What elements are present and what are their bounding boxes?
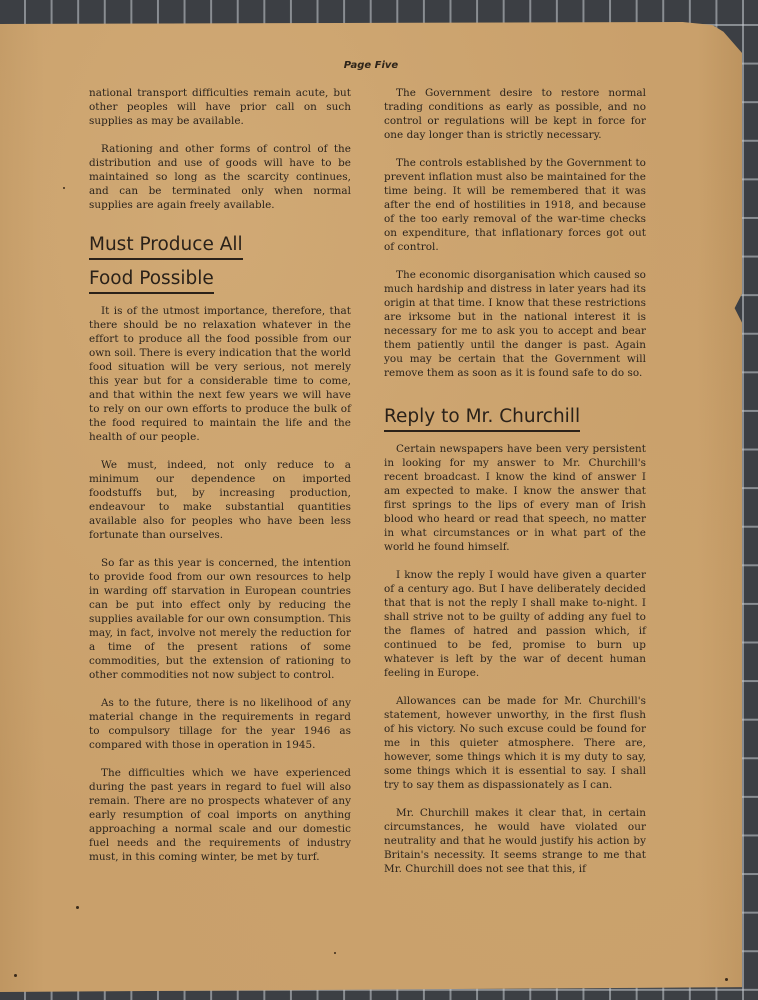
paragraph: We must, indeed, not only reduce to a mi… (89, 458, 351, 542)
paragraph: The Government desire to restore normal … (384, 86, 646, 142)
paragraph: As to the future, there is no likelihood… (89, 696, 351, 752)
section-heading-food: Must Produce All Food Possible (89, 234, 351, 294)
paper-speck (14, 974, 17, 977)
paragraph: Rationing and other forms of control of … (89, 142, 351, 212)
paragraph: national transport difficulties remain a… (89, 86, 351, 128)
paragraph: Allowances can be made for Mr. Churchill… (384, 694, 646, 792)
paper-speck (725, 978, 728, 981)
paper-speck (63, 187, 65, 189)
paper-speck (76, 906, 79, 909)
document-page: Page Five national transport difficultie… (0, 22, 742, 992)
right-column: The Government desire to restore normal … (384, 86, 646, 890)
left-column: national transport difficulties remain a… (89, 86, 351, 878)
paragraph: Certain newspapers have been very persis… (384, 442, 646, 554)
paragraph: The controls established by the Governme… (384, 156, 646, 254)
heading-line-1: Must Produce All (89, 234, 243, 260)
paragraph: The difficulties which we have experienc… (89, 766, 351, 864)
heading-reply-to-churchill: Reply to Mr. Churchill (384, 406, 580, 432)
heading-line-2: Food Possible (89, 268, 214, 294)
paragraph: I know the reply I would have given a qu… (384, 568, 646, 680)
section-heading-churchill: Reply to Mr. Churchill (384, 406, 646, 432)
page-number: Page Five (0, 60, 742, 71)
paragraph: Mr. Churchill makes it clear that, in ce… (384, 806, 646, 876)
paragraph: It is of the utmost importance, therefor… (89, 304, 351, 444)
paragraph: The economic disorganisation which cause… (384, 268, 646, 380)
paragraph: So far as this year is concerned, the in… (89, 556, 351, 682)
paper-speck (334, 952, 336, 954)
